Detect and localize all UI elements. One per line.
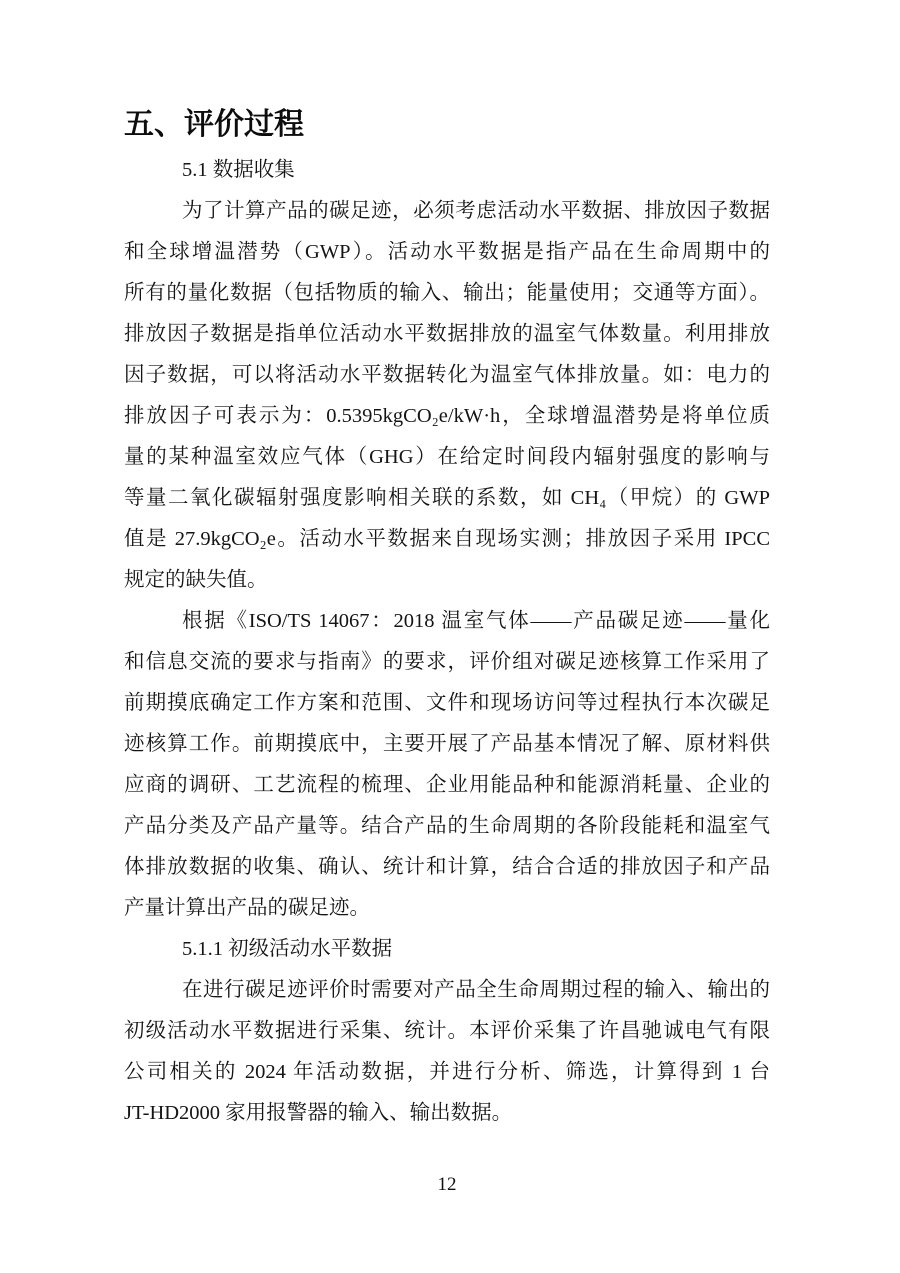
text-line: 迹核算工作。前期摸底中，主要开展了产品基本情况了解、原材料供 [124,724,770,765]
text-line: JT-HD2000 家用报警器的输入、输出数据。 [124,1093,770,1134]
text-line: 公司相关的 2024 年活动数据，并进行分析、筛选，计算得到 1 台 [124,1052,770,1093]
text-line: 产量计算出产品的碳足迹。 [124,888,770,929]
text-line: 产品分类及产品产量等。结合产品的生命周期的各阶段能耗和温室气 [124,806,770,847]
heading-5-1-1: 5.1.1 初级活动水平数据 [124,929,770,970]
text-line: 在进行碳足迹评价时需要对产品全生命周期过程的输入、输出的 [124,970,770,1011]
text-line: 为了计算产品的碳足迹，必须考虑活动水平数据、排放因子数据 [124,191,770,232]
text-line: 应商的调研、工艺流程的梳理、企业用能品种和能源消耗量、企业的 [124,765,770,806]
text-line: 所有的量化数据（包括物质的输入、输出；能量使用；交通等方面）。 [124,273,770,314]
section-title: 五、评价过程 [124,106,770,144]
text-line: 前期摸底确定工作方案和范围、文件和现场访问等过程执行本次碳足 [124,683,770,724]
text-line: 和信息交流的要求与指南》的要求，评价组对碳足迹核算工作采用了 [124,642,770,683]
text-line: 和全球增温潜势（GWP）。活动水平数据是指产品在生命周期中的 [124,232,770,273]
page-number: 12 [124,1173,770,1197]
text-line: 排放因子可表示为：0.5395kgCO₂e/kW·h，全球增温潜势是将单位质 [124,396,770,437]
text-line: 排放因子数据是指单位活动水平数据排放的温室气体数量。利用排放 [124,314,770,355]
text-line: 体排放数据的收集、确认、统计和计算，结合合适的排放因子和产品 [124,847,770,888]
document-body: 5.1 数据收集 为了计算产品的碳足迹，必须考虑活动水平数据、排放因子数据 和全… [124,150,770,1134]
text-line: 规定的缺失值。 [124,560,770,601]
paragraph: 在进行碳足迹评价时需要对产品全生命周期过程的输入、输出的 初级活动水平数据进行采… [124,970,770,1134]
document-page: 五、评价过程 5.1 数据收集 为了计算产品的碳足迹，必须考虑活动水平数据、排放… [0,0,900,1273]
text-line: 因子数据，可以将活动水平数据转化为温室气体排放量。如：电力的 [124,355,770,396]
text-line: 量的某种温室效应气体（GHG）在给定时间段内辐射强度的影响与 [124,437,770,478]
paragraph: 根据《ISO/TS 14067：2018 温室气体——产品碳足迹——量化 和信息… [124,601,770,929]
text-line: 值是 27.9kgCO₂e。活动水平数据来自现场实测；排放因子采用 IPCC [124,519,770,560]
heading-5-1: 5.1 数据收集 [124,150,770,191]
text-line: 初级活动水平数据进行采集、统计。本评价采集了许昌驰诚电气有限 [124,1011,770,1052]
text-line: 等量二氧化碳辐射强度影响相关联的系数，如 CH₄（甲烷）的 GWP [124,478,770,519]
text-line: 根据《ISO/TS 14067：2018 温室气体——产品碳足迹——量化 [124,601,770,642]
paragraph: 为了计算产品的碳足迹，必须考虑活动水平数据、排放因子数据 和全球增温潜势（GWP… [124,191,770,601]
